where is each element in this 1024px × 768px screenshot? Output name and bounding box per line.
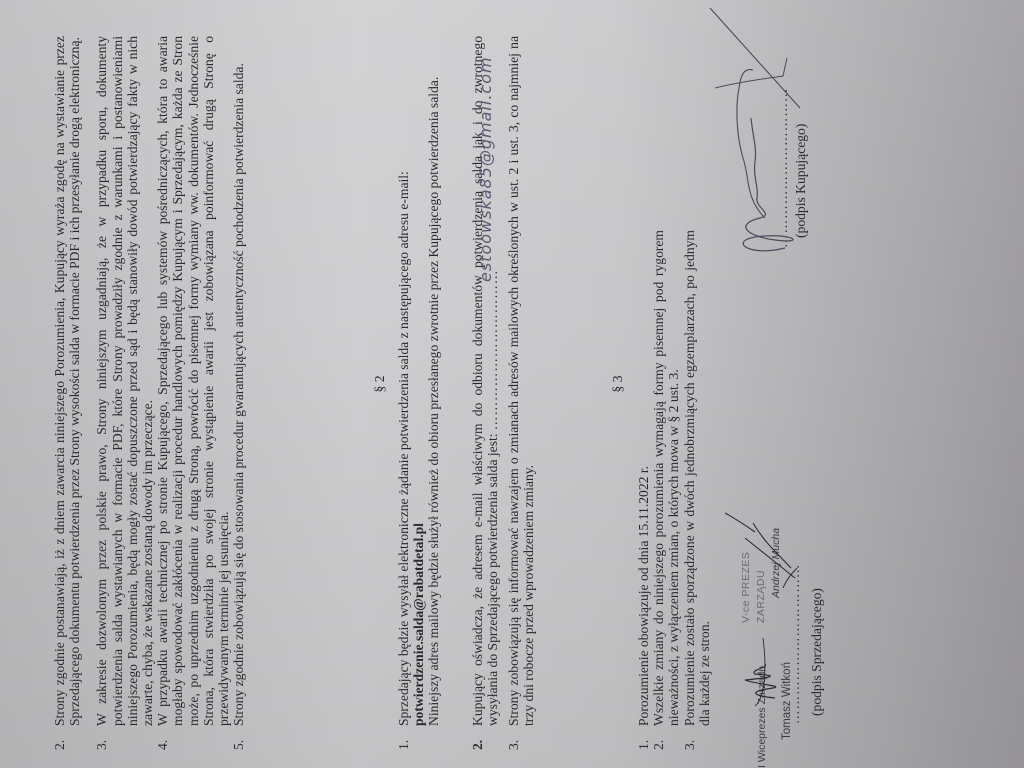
buyer-handwritten-signature — [705, 0, 825, 258]
section-3-item-2: 2. Wszelkie zmiany do niniejszego porozu… — [651, 230, 681, 750]
seller-signature-block: I Wiceprezes Zarządu Tomasz Witkoń V-ce … — [725, 508, 835, 768]
section-3-item-1: 1. Porozumienie obowiązuje od dnia 15.11… — [636, 230, 651, 750]
buyer-handwritten-email: estoowska85@gmail.com — [478, 56, 493, 282]
section-1-item-2: 2. Strony zgodnie postanawiają, iż z dni… — [52, 36, 82, 750]
section-1-item-3: 3. W zakresie dozwolonym przez polskie p… — [94, 36, 155, 750]
seller-handwritten-signatures — [725, 508, 815, 728]
section-2-item-1: 1. Sprzedający będzie wysyłał elektronic… — [396, 36, 442, 750]
section-2-item-3: 3. Strony zobowiązują się informować naw… — [506, 36, 536, 750]
section-1-continued: 2. Strony zgodnie postanawiają, iż z dni… — [52, 36, 246, 750]
section-3-heading: § 3 — [610, 0, 625, 768]
section-3: 1. Porozumienie obowiązuje od dnia 15.11… — [636, 230, 712, 750]
buyer-signature-block: …………………………… (podpis Kupującego) — [745, 8, 855, 248]
section-1-item-4: 4. W przypadku awarii technicznej po str… — [155, 36, 231, 750]
section-1-item-5: 5. Strony zgodnie zobowiązują się do sto… — [231, 36, 246, 750]
document-page: 2. Strony zgodnie postanawiają, iż z dni… — [0, 0, 1024, 768]
section-2: 1. Sprzedający będzie wysyłał elektronic… — [396, 36, 536, 750]
section-3-item-3: 3. Porozumienie zostało sporządzone w dw… — [682, 230, 712, 750]
seller-email-address: potwierdzenie.salda@rabatdetal.pl — [411, 523, 426, 726]
section-2-heading: § 2 — [372, 0, 387, 768]
